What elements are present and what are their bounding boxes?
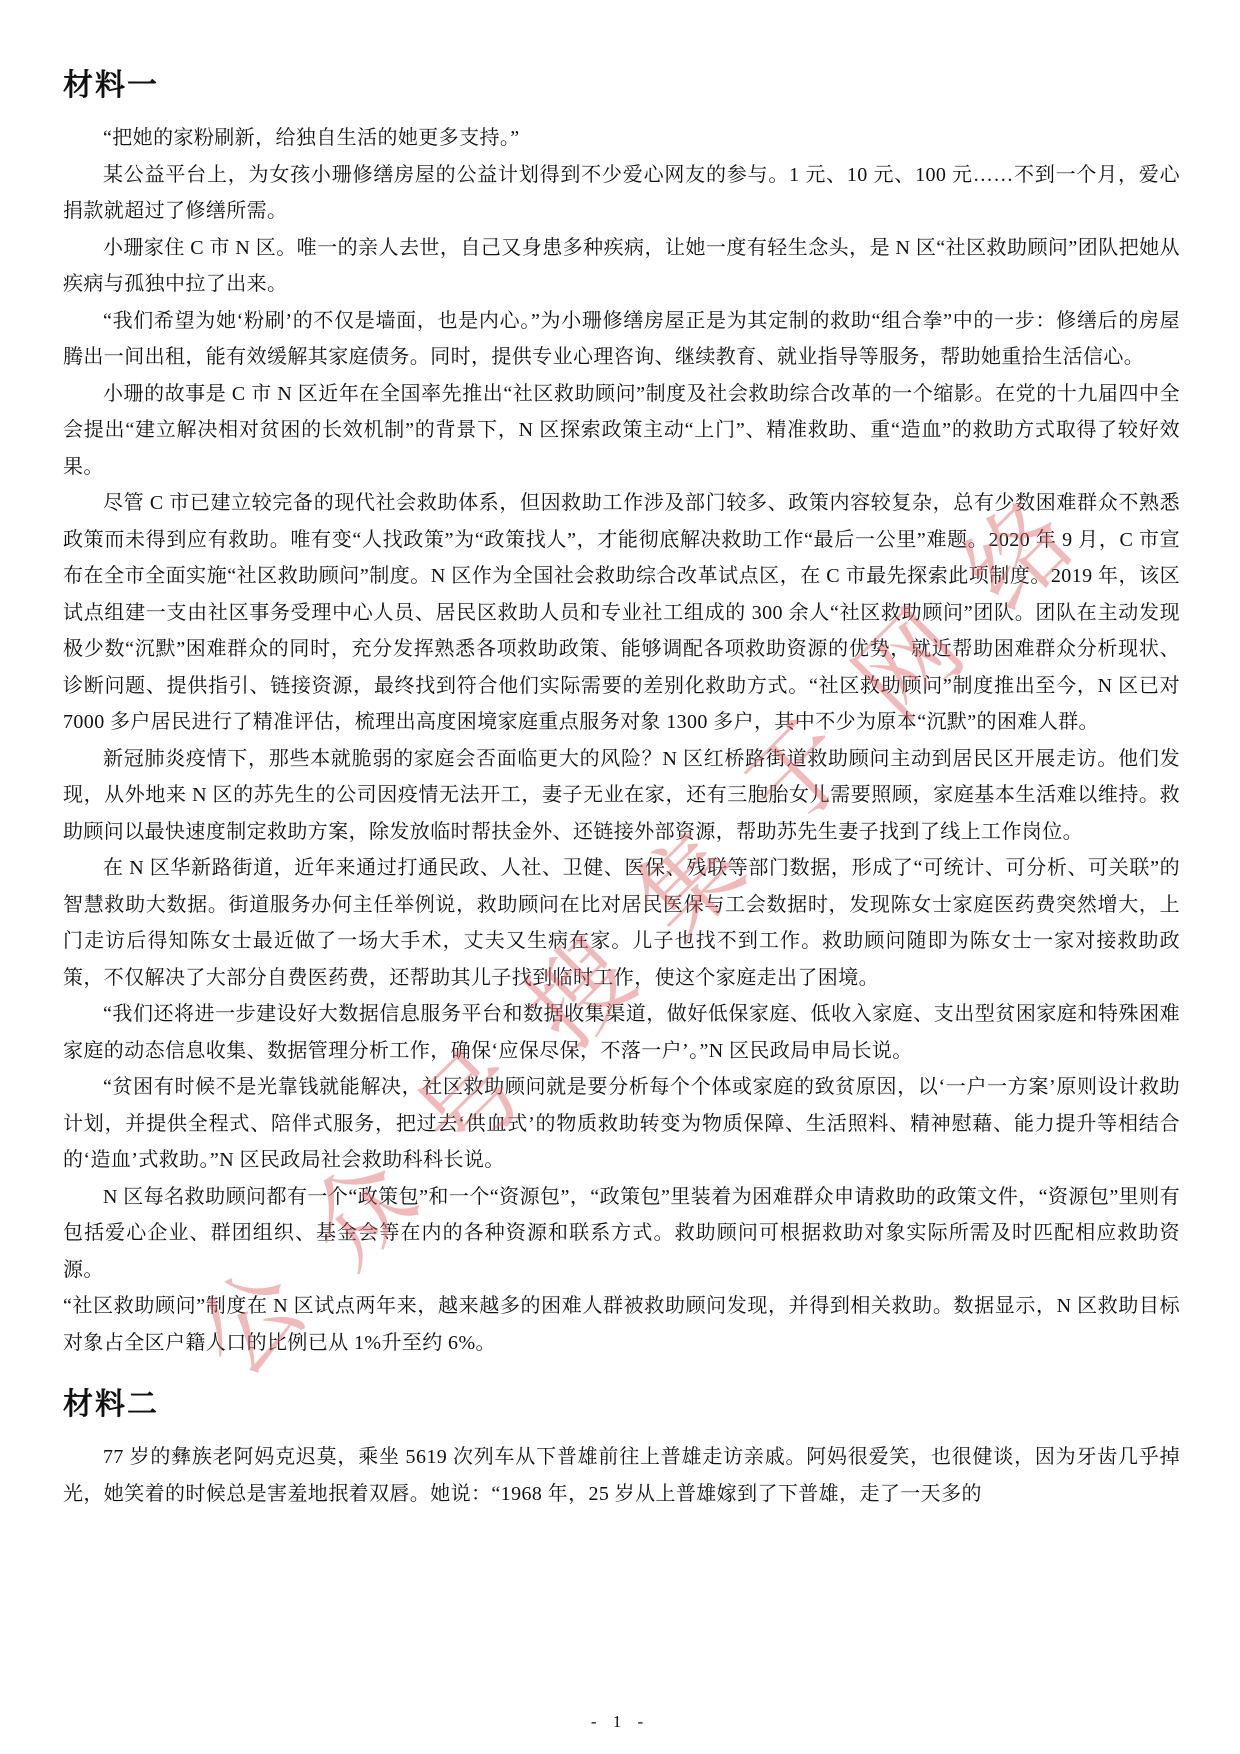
material1-paragraph: 小珊的故事是 C 市 N 区近年在全国率先推出“社区救助顾问”制度及社会救助综合… — [63, 376, 1180, 486]
page-content: 材料一 “把她的家粉刷新，给独自生活的她更多支持。” 某公益平台上，为女孩小珊修… — [63, 64, 1180, 1512]
document-page: 公众号搜集于网络 材料一 “把她的家粉刷新，给独自生活的她更多支持。” 某公益平… — [0, 0, 1240, 1754]
material1-paragraph: 新冠肺炎疫情下，那些本就脆弱的家庭会否面临更大的风险？N 区红桥路街道救助顾问主… — [63, 741, 1180, 851]
material2-paragraph: 77 岁的彝族老阿妈克迟莫，乘坐 5619 次列车从下普雄前往上普雄走访亲戚。阿… — [63, 1439, 1180, 1512]
material1-heading: 材料一 — [63, 64, 1180, 108]
material1-paragraph: 在 N 区华新路街道，近年来通过打通民政、人社、卫健、医保、残联等部门数据，形成… — [63, 850, 1180, 996]
material1-paragraph: 某公益平台上，为女孩小珊修缮房屋的公益计划得到不少爱心网友的参与。1 元、10 … — [63, 157, 1180, 230]
material1-paragraph: “贫困有时候不是光靠钱就能解决，社区救助顾问就是要分析每个个体或家庭的致贫原因，… — [63, 1069, 1180, 1179]
material1-paragraph: N 区每名救助顾问都有一个“政策包”和一个“资源包”，“政策包”里装着为困难群众… — [63, 1179, 1180, 1289]
material2-heading: 材料二 — [63, 1383, 1180, 1427]
material1-paragraph: 小珊家住 C 市 N 区。唯一的亲人去世，自己又身患多种疾病，让她一度有轻生念头… — [63, 230, 1180, 303]
material1-paragraph: “把她的家粉刷新，给独自生活的她更多支持。” — [63, 120, 1180, 157]
page-number: - 1 - — [0, 1712, 1240, 1732]
material1-paragraph: “社区救助顾问”制度在 N 区试点两年来，越来越多的困难人群被救助顾问发现，并得… — [63, 1288, 1180, 1361]
material1-paragraph: 尽管 C 市已建立较完备的现代社会救助体系，但因救助工作涉及部门较多、政策内容较… — [63, 485, 1180, 741]
material1-paragraph: “我们希望为她‘粉刷’的不仅是墙面，也是内心。”为小珊修缮房屋正是为其定制的救助… — [63, 303, 1180, 376]
material1-paragraph: “我们还将进一步建设好大数据信息服务平台和数据收集渠道，做好低保家庭、低收入家庭… — [63, 996, 1180, 1069]
